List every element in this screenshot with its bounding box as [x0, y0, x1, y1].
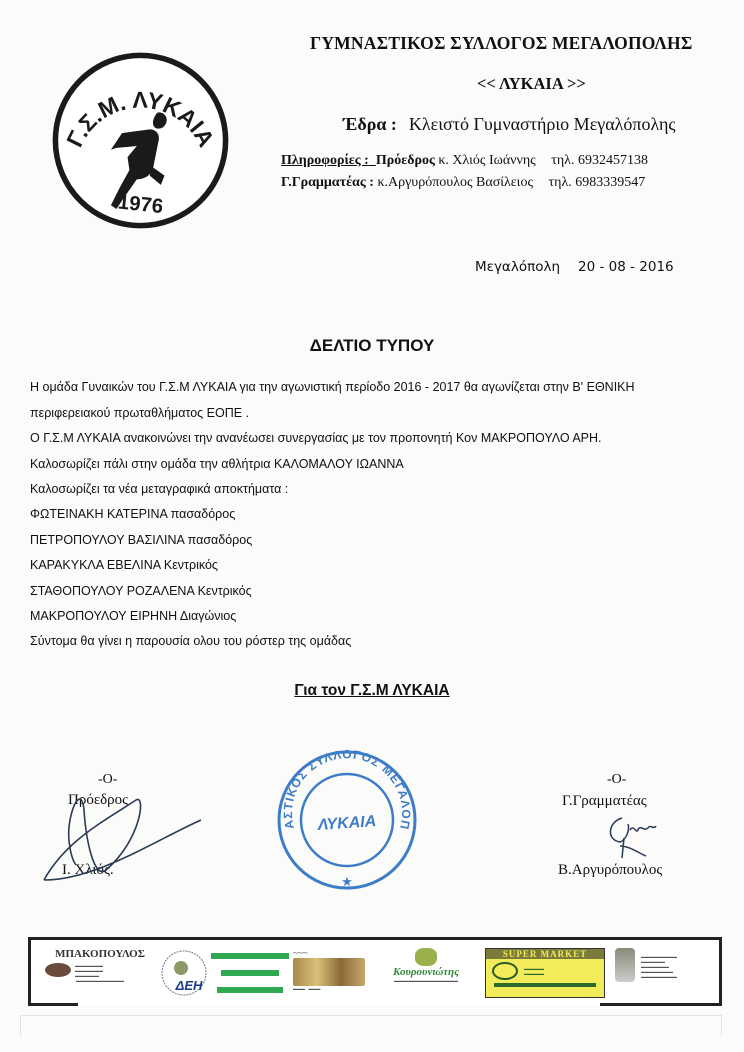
press-release-line: ΜΑΚΡΟΠΟΥΛΟΥ ΕΙΡΗΝΗ Διαγώνιος	[30, 609, 236, 623]
info-label: Πληροφορίες :	[281, 153, 369, 168]
sponsor-bakopoulos: ΜΠΑΚΟΠΟΥΛΟΣ ▬▬▬▬▬▬▬▬▬▬▬▬▬▬▬▬▬▬▬▬ ▬▬▬▬▬▬▬…	[45, 948, 155, 998]
press-release-line: Καλοσωρίζει τα νέα μεταγραφικά αποκτήματ…	[30, 482, 288, 496]
seat-line: Έδρα :Κλειστό Γυμναστήριο Μεγαλόπολης	[343, 114, 676, 135]
logo-year: 1976	[117, 191, 164, 218]
sponsor-text: ▬▬▬▬▬▬▬▬▬▬▬▬▬▬▬▬▬▬▬▬▬▬▬▬▬▬▬▬▬▬▬▬▬▬▬▬▬▬▬	[615, 948, 715, 998]
press-release-line: ΠΕΤΡΟΠΟΥΛΟΥ ΒΑΣΙΛΙΝΑ πασαδόρος	[30, 533, 252, 547]
organization-name: ΓΥΜΝΑΣΤΙΚΟΣ ΣΥΛΛΟΓΟΣ ΜΕΓΑΛΟΠΟΛΗΣ	[310, 33, 693, 54]
press-release-title: ΔΕΛΤΙΟ ΤΥΠΟΥ	[0, 336, 744, 356]
date-line: Μεγαλόπολη20 - 08 - 2016	[475, 259, 674, 275]
club-stamp: ΓΥΜΝΑΣΤΙΚΟΣ ΣΥΛΛΟΓΟΣ ΜΕΓΑΛΟΠΟΛΗΣ ΛΥΚΑΙΑ …	[272, 748, 422, 893]
president-info: Πληροφορίες : Πρόεδρος κ. Χλιός Ιωάννης …	[281, 153, 648, 169]
date-value: 20 - 08 - 2016	[578, 259, 674, 275]
banner-border	[28, 1003, 78, 1006]
seat-value: Κλειστό Γυμναστήριο Μεγαλόπολης	[409, 114, 676, 134]
stamp-center-text: ΛΥΚΑΙΑ	[316, 813, 377, 834]
secretary-label: Γ.Γραμματέας :	[281, 175, 374, 190]
sponsor-deh: ΔΕΗ	[159, 948, 209, 998]
press-release-line: Η ομάδα Γυναικών του Γ.Σ.Μ ΛΥΚΑΙΑ για τη…	[30, 380, 635, 394]
secretary-info: Γ.Γραμματέας : κ.Αργυρόπουλος Βασίλειος …	[281, 175, 645, 191]
secretary-signature-name: Β.Αργυρόπουλος	[558, 862, 662, 879]
press-release-line: Σύντομα θα γίνει η παρουσία ολου του ρόσ…	[30, 634, 351, 648]
date-place: Μεγαλόπολη	[475, 259, 560, 275]
club-nickname: << ΛΥΚΑΙΑ >>	[477, 74, 586, 94]
svg-text:ΔΕΗ: ΔΕΗ	[175, 978, 203, 993]
press-release-line: ΣΤΑΘΟΠΟΥΛΟΥ ΡΟΖΑΛΕΝΑ Κεντρικός	[30, 584, 252, 598]
secretary-phone: τηλ. 6983339547	[549, 175, 646, 190]
sponsor-art: ~~~ ▬▬▬ ▬▬▬	[293, 948, 365, 998]
president-label: Πρόεδρος	[376, 153, 435, 168]
sponsor-green	[211, 948, 289, 998]
press-release-line: Ο Γ.Σ.Μ ΛΥΚΑΙΑ ανακοινώνει την ανανέωσει…	[30, 431, 602, 445]
president-signature	[36, 780, 206, 890]
sponsor-banner: ΜΠΑΚΟΠΟΥΛΟΣ ▬▬▬▬▬▬▬▬▬▬▬▬▬▬▬▬▬▬▬▬ ▬▬▬▬▬▬▬…	[28, 937, 722, 1006]
press-release-line: Καλοσωρίζει πάλι στην ομάδα την αθλήτρια…	[30, 457, 404, 471]
secretary-name: κ.Αργυρόπουλος Βασίλειος	[377, 175, 533, 190]
faint-page-edge	[20, 1015, 722, 1036]
press-release-line: περιφερειακού πρωταθλήματος ΕΟΠΕ .	[30, 406, 249, 420]
seat-label: Έδρα :	[343, 114, 397, 134]
sponsor-super-market: SUPER MARKET ▬▬▬▬▬▬▬▬▬▬	[485, 948, 605, 998]
press-release-line: ΚΑΡΑΚΥΚΛΑ ΕΒΕΛΙΝΑ Κεντρικός	[30, 558, 218, 572]
secretary-role: Γ.Γραμματέας	[562, 793, 647, 810]
banner-border	[600, 1003, 719, 1006]
signature-title: Για τον Γ.Σ.Μ ΛΥΚΑΙΑ	[0, 682, 744, 700]
svg-text:★: ★	[341, 874, 353, 889]
president-name: κ. Χλιός Ιωάννης	[438, 153, 535, 168]
secretary-signature	[600, 810, 660, 860]
press-release-line: ΦΩΤΕΙΝΑΚΗ ΚΑΤΕΡΙΝΑ πασαδόρος	[30, 507, 235, 521]
president-phone: τηλ. 6932457138	[551, 153, 648, 168]
sponsor-kourouniotis: Κουρουνιώτης ▬▬▬▬▬▬▬▬▬▬▬▬▬▬▬▬	[371, 948, 481, 998]
secretary-article: -Ο-	[607, 772, 626, 788]
club-logo: Γ.Σ.Μ. ΛΥΚΑΙΑ 1976	[48, 48, 233, 233]
